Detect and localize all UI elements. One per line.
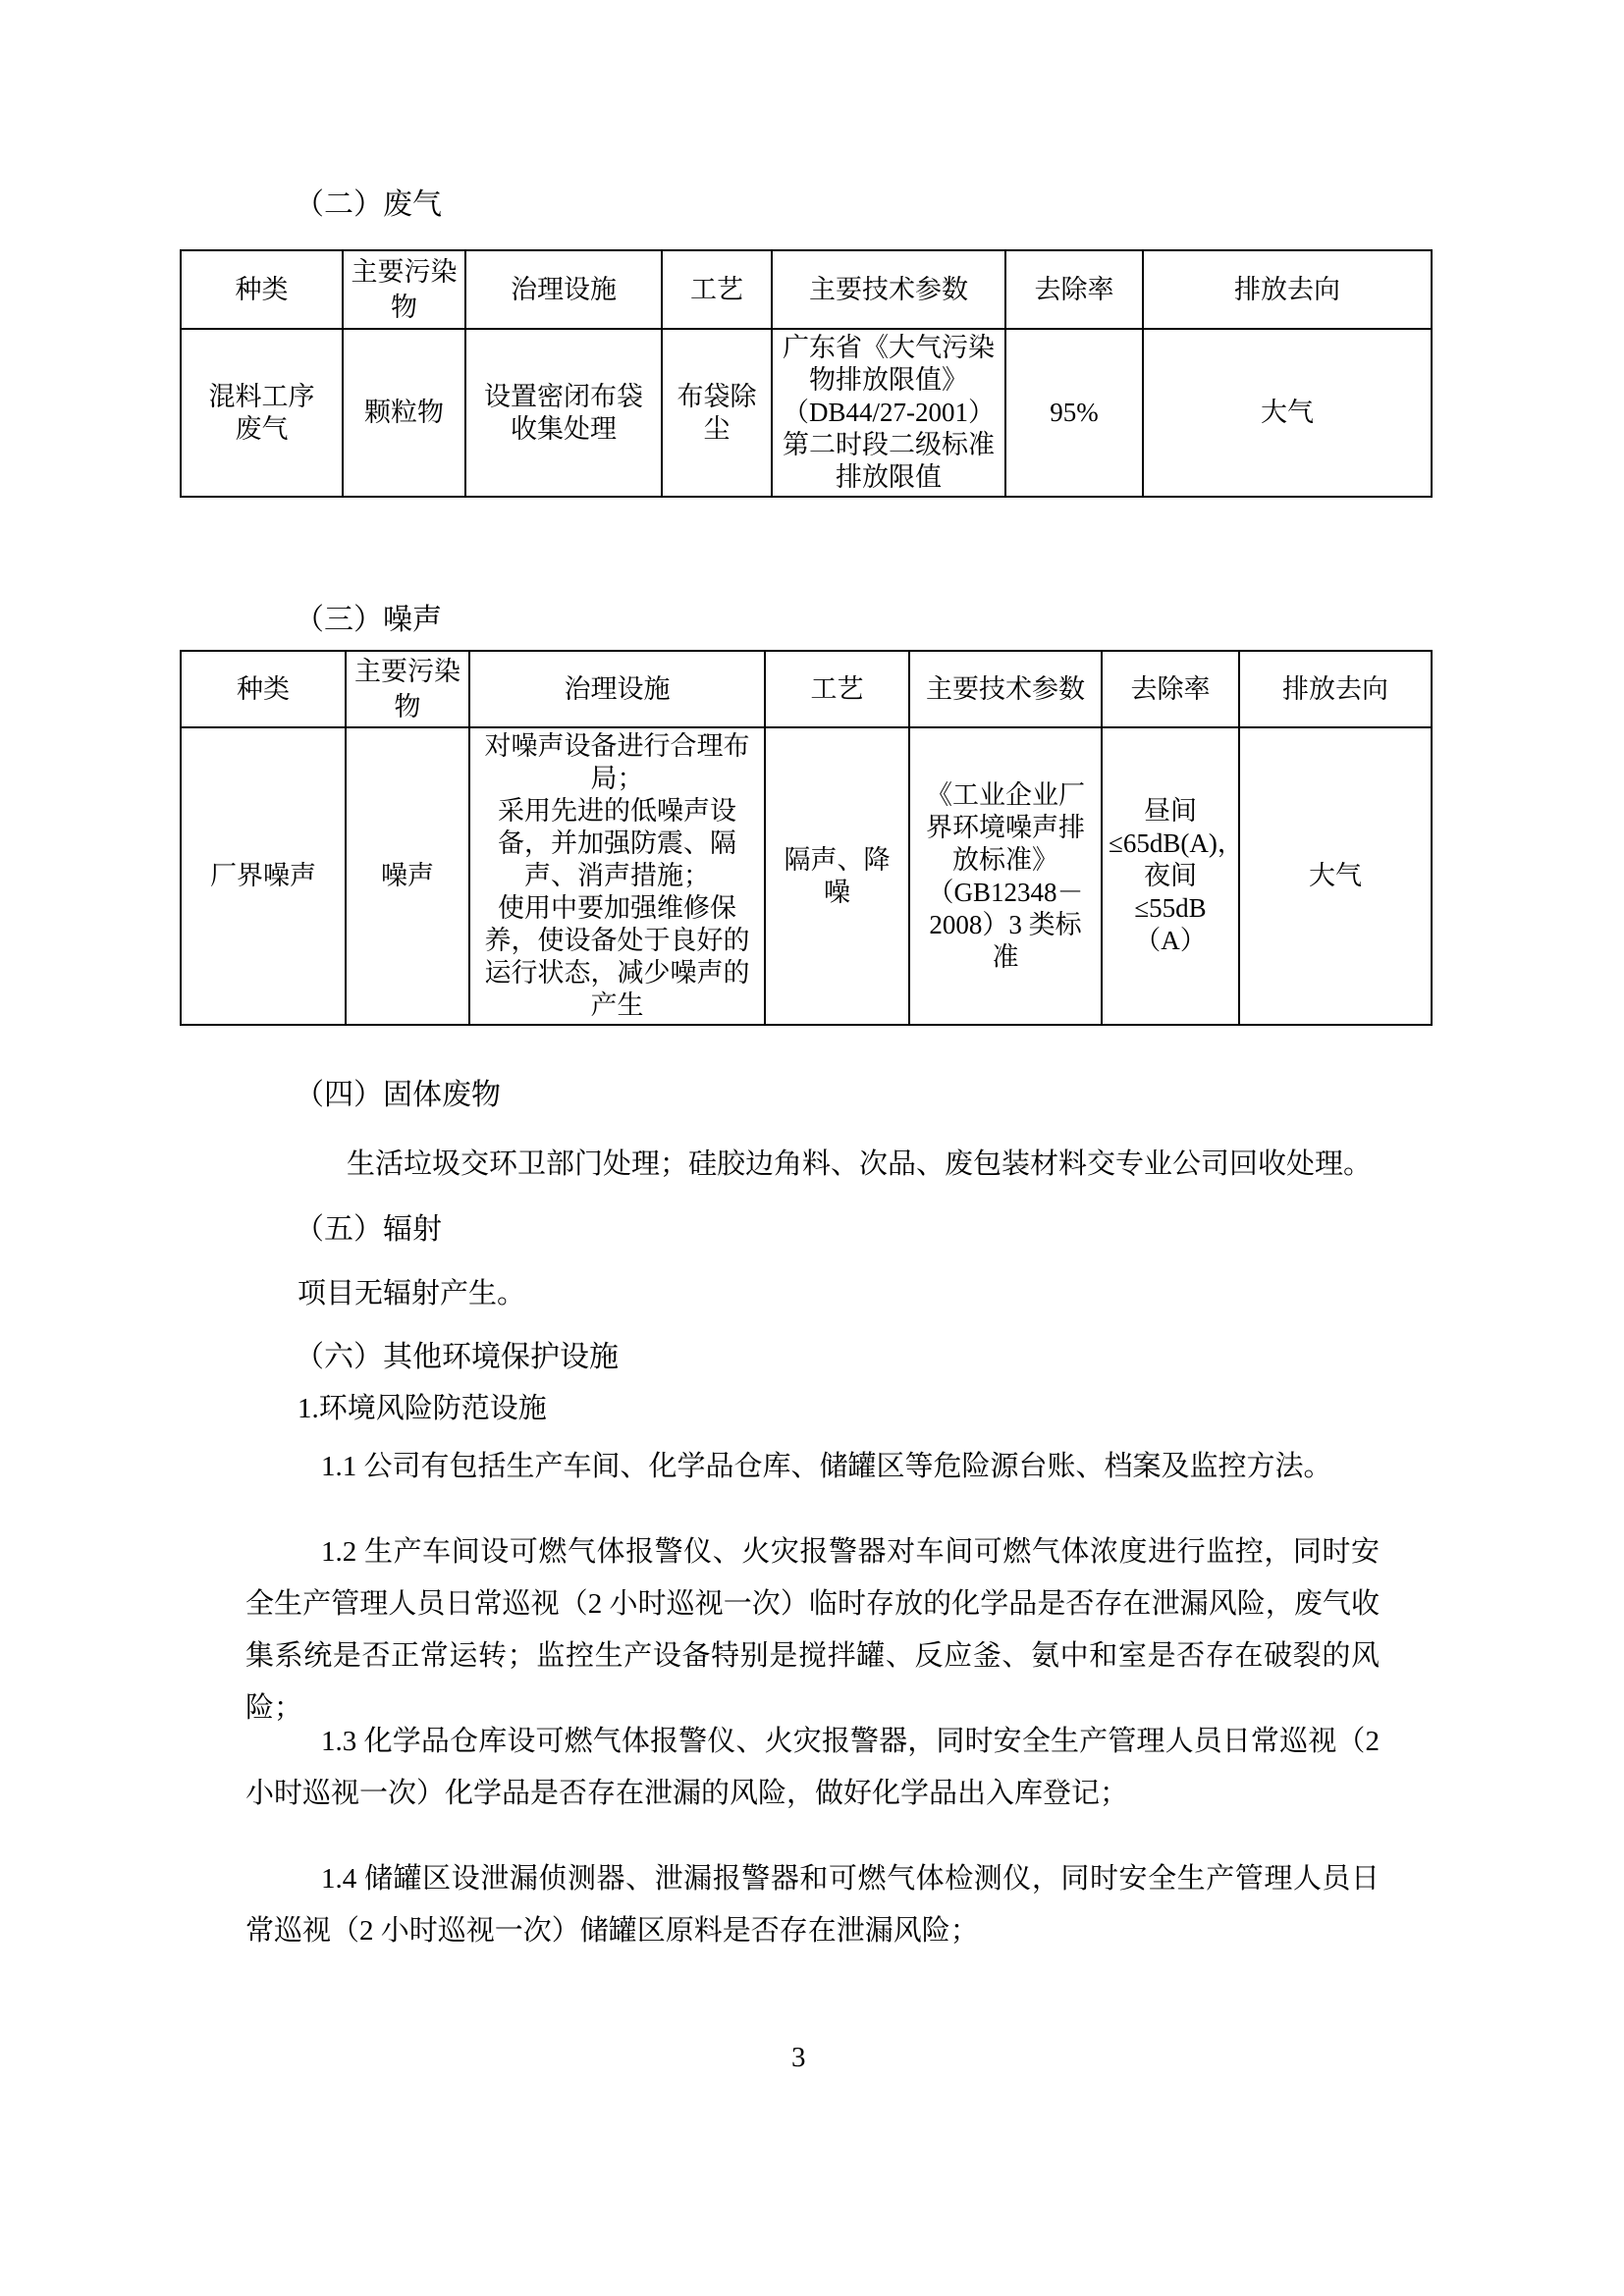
column-header-kind: 种类 (181, 250, 343, 329)
column-header-parameters: 主要技术参数 (772, 250, 1005, 329)
waste-gas-treatment-cell: 设置密闭布袋收集处理 (465, 329, 662, 497)
column-header-pollutant: 主要污染物 (346, 651, 469, 727)
section-heading-waste-gas: （二）废气 (295, 187, 442, 224)
document-page: （二）废气 种类 主要污染物 治理设施 工艺 主要技术参数 去除率 排放去向 混… (0, 0, 1624, 2296)
noise-pollutant-cell: 噪声 (346, 727, 469, 1025)
noise-kind-cell: 厂界噪声 (181, 727, 346, 1025)
column-header-pollutant: 主要污染物 (343, 250, 465, 329)
noise-removal-rate-cell: 昼间≤65dB(A)，夜间≤55dB（A） (1102, 727, 1239, 1025)
risk-item-paragraph-1-2: 1.2 生产车间设可燃气体报警仪、火灾报警器对车间可燃气体浓度进行监控，同时安全… (245, 1526, 1380, 1735)
risk-prevention-subheading: 1.环境风险防范设施 (298, 1390, 547, 1427)
section-heading-radiation: （五）辐射 (295, 1211, 442, 1249)
column-header-treatment: 治理设施 (465, 250, 662, 329)
column-header-parameters: 主要技术参数 (909, 651, 1102, 727)
noise-table-header-row: 种类 主要污染物 治理设施 工艺 主要技术参数 去除率 排放去向 (181, 651, 1432, 727)
risk-item-paragraph-1-4: 1.4 储罐区设泄漏侦测器、泄漏报警器和可燃气体检测仪，同时安全生产管理人员日常… (245, 1853, 1380, 1957)
noise-treatment-line: 对噪声设备进行合理布局； (476, 730, 758, 795)
waste-gas-process-cell: 布袋除尘 (662, 329, 772, 497)
solid-waste-paragraph: 生活垃圾交环卫部门处理；硅胶边角料、次品、废包装材料交专业公司回收处理。 (245, 1139, 1380, 1191)
waste-gas-table-header-row: 种类 主要污染物 治理设施 工艺 主要技术参数 去除率 排放去向 (181, 250, 1432, 329)
page-number: 3 (791, 2042, 806, 2074)
noise-treatment-line: 采用先进的低噪声设备，并加强防震、隔声、消声措施； (476, 795, 758, 892)
column-header-process: 工艺 (765, 651, 909, 727)
column-header-kind: 种类 (181, 651, 346, 727)
noise-treatment-line: 使用中要加强维修保养，使设备处于良好的运行状态，减少噪声的产生 (476, 892, 758, 1022)
section-heading-other-facilities: （六）其他环境保护设施 (295, 1339, 619, 1376)
column-header-removal-rate: 去除率 (1005, 250, 1143, 329)
risk-item-paragraph-1-1: 1.1 公司有包括生产车间、化学品仓库、储罐区等危险源台账、档案及监控方法。 (245, 1441, 1380, 1493)
section-heading-solid-waste: （四）固体废物 (295, 1077, 501, 1114)
waste-gas-kind-cell: 混料工序废气 (181, 329, 343, 497)
waste-gas-table-row: 混料工序废气 颗粒物 设置密闭布袋收集处理 布袋除尘 广东省《大气污染物排放限值… (181, 329, 1432, 497)
radiation-paragraph: 项目无辐射产生。 (298, 1275, 525, 1312)
column-header-process: 工艺 (662, 250, 772, 329)
noise-process-cell: 隔声、降噪 (765, 727, 909, 1025)
noise-treatment-cell: 对噪声设备进行合理布局； 采用先进的低噪声设备，并加强防震、隔声、消声措施； 使… (469, 727, 765, 1025)
column-header-removal-rate: 去除率 (1102, 651, 1239, 727)
waste-gas-table: 种类 主要污染物 治理设施 工艺 主要技术参数 去除率 排放去向 混料工序废气 … (180, 249, 1433, 498)
waste-gas-removal-rate-cell: 95% (1005, 329, 1143, 497)
noise-table: 种类 主要污染物 治理设施 工艺 主要技术参数 去除率 排放去向 厂界噪声 噪声… (180, 650, 1433, 1026)
waste-gas-parameters-cell: 广东省《大气污染物排放限值》（DB44/27-2001）第二时段二级标准排放限值 (772, 329, 1005, 497)
waste-gas-destination-cell: 大气 (1143, 329, 1432, 497)
column-header-treatment: 治理设施 (469, 651, 765, 727)
column-header-destination: 排放去向 (1143, 250, 1432, 329)
noise-table-row: 厂界噪声 噪声 对噪声设备进行合理布局； 采用先进的低噪声设备，并加强防震、隔声… (181, 727, 1432, 1025)
column-header-destination: 排放去向 (1239, 651, 1432, 727)
noise-parameters-cell: 《工业企业厂界环境噪声排放标准》（GB12348－2008）3 类标准 (909, 727, 1102, 1025)
section-heading-noise: （三）噪声 (295, 602, 442, 639)
risk-item-paragraph-1-3: 1.3 化学品仓库设可燃气体报警仪、火灾报警器，同时安全生产管理人员日常巡视（2… (245, 1716, 1380, 1820)
waste-gas-pollutant-cell: 颗粒物 (343, 329, 465, 497)
noise-destination-cell: 大气 (1239, 727, 1432, 1025)
